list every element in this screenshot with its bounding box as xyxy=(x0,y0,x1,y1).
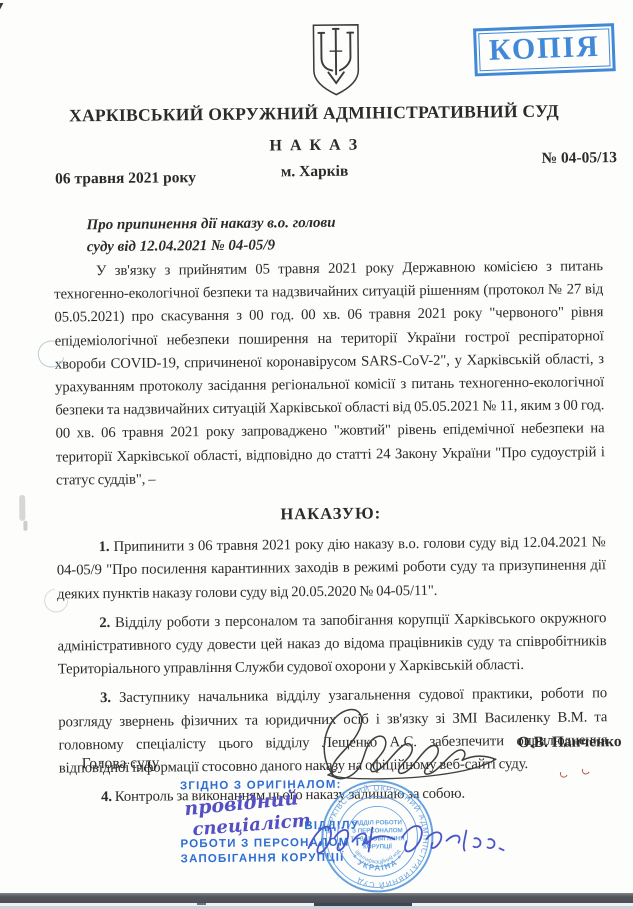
document-number: № 04-05/13 xyxy=(541,149,617,168)
bottom-edge-tick xyxy=(197,903,206,905)
subject-line-2: суду від 12.04.2021 № 04-05/9 xyxy=(87,234,336,258)
document-type-heading: Н А К А З xyxy=(0,134,631,158)
scan-smudge xyxy=(19,495,25,521)
item-number: 1. xyxy=(99,539,110,555)
scan-corner-artifact xyxy=(0,3,4,16)
bottom-window-edge-bar xyxy=(0,893,633,903)
document-content: КОПІЯ ХАРКІВСЬКИЙ ОКРУЖНИЙ АДМІНІСТРАТИВ… xyxy=(0,0,633,893)
trident-coat-of-arms-icon xyxy=(307,22,366,101)
item-text: Відділу роботи з персоналом та запобіган… xyxy=(58,610,607,678)
order-item-2: 2. Відділу роботи з персоналом та запобі… xyxy=(57,607,607,682)
item-number: 4. xyxy=(101,789,112,805)
item-number: 2. xyxy=(99,615,110,631)
preamble-paragraph: У зв'язку з прийнятим 05 травня 2021 рок… xyxy=(54,255,605,492)
item-number: 3. xyxy=(100,690,111,706)
copy-stamp: КОПІЯ xyxy=(473,23,616,76)
certifier-signature xyxy=(296,804,547,868)
signer-title: Голова суду xyxy=(82,755,160,774)
order-heading: НАКАЗУЮ: xyxy=(56,499,605,527)
document-city: м. Харків xyxy=(0,160,631,184)
signer-name: О.В. Панченко xyxy=(518,733,622,752)
order-item-1: 1. Припинити з 06 травня 2021 року дію н… xyxy=(57,531,607,606)
court-name-heading: ХАРКІВСЬКИЙ ОКРУЖНИЙ АДМІНІСТРАТИВНИЙ СУ… xyxy=(0,100,631,127)
subject-line-1: Про припинення дії наказу в.о. голови xyxy=(86,212,335,236)
scanned-document-page: КОПІЯ ХАРКІВСЬКИЙ ОКРУЖНИЙ АДМІНІСТРАТИВ… xyxy=(0,0,633,909)
scan-smudge xyxy=(23,521,27,531)
subject-block: Про припинення дії наказу в.о. голови су… xyxy=(86,212,335,258)
copy-stamp-label: КОПІЯ xyxy=(478,28,610,71)
item-text: Припинити з 06 травня 2021 року дію нака… xyxy=(57,534,606,602)
